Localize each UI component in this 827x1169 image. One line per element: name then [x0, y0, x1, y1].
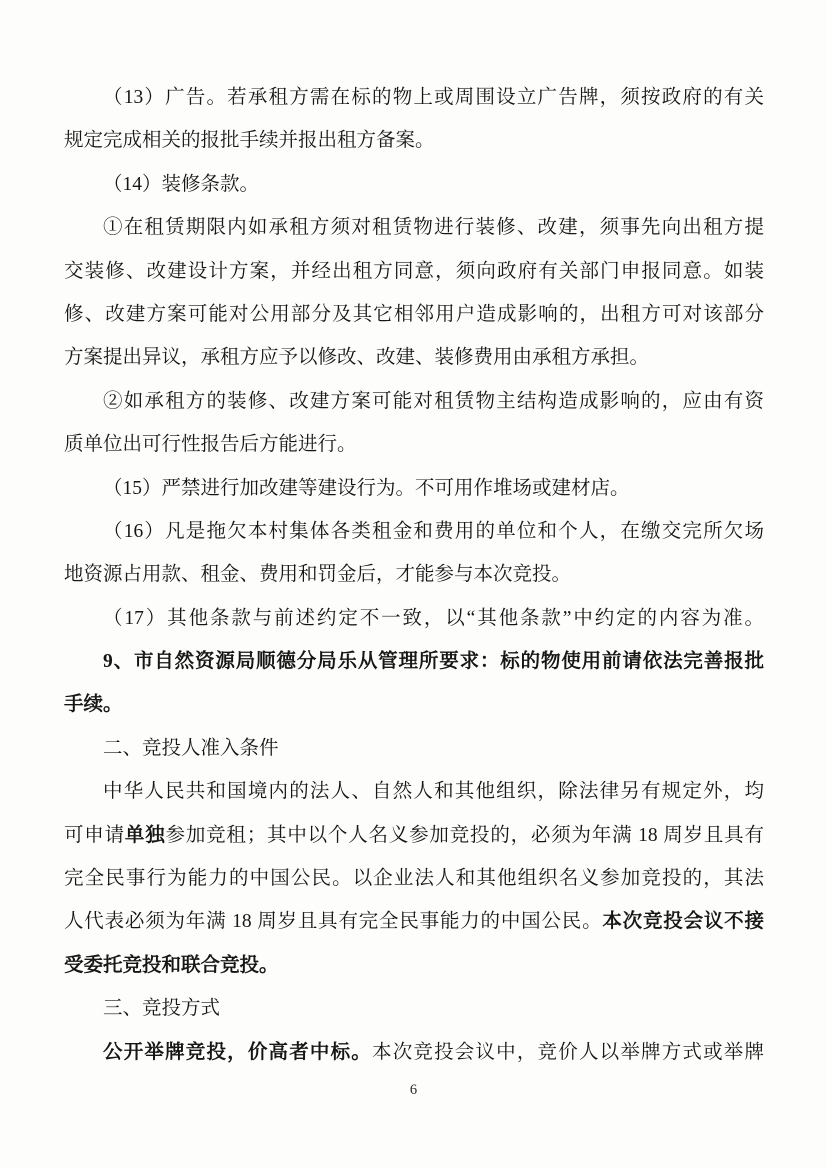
text-run: 二、竞投人准入条件	[103, 738, 279, 759]
text-line: 中华人民共和国境内的法人、自然人和其他组织，除法律另有规定外，均	[64, 770, 764, 813]
text-line: 完全民事行为能力的中国公民。以企业法人和其他组织名义参加竞投的，其法	[64, 857, 764, 900]
text-run: （13）广告。若承租方需在标的物上或周围设立广告牌，须按政府的有关	[103, 87, 764, 108]
text-run: 规定完成相关的报批手续并报出租方备案。	[64, 130, 435, 151]
bold-text-run: 9、市自然资源局顺德分局乐从管理所要求：标的物使用前请依法完善报批	[103, 651, 764, 672]
text-run: 三、竞投方式	[103, 998, 220, 1019]
text-line: 公开举牌竞投，价高者中标。本次竞投会议中，竞价人以举牌方式或举牌	[64, 1031, 764, 1074]
text-run: 本次竞投会议中，竞价人以举牌方式或举牌	[372, 1042, 764, 1063]
text-line: 受委托竞投和联合竞投。	[64, 944, 764, 987]
document-body: （13）广告。若承租方需在标的物上或周围设立广告牌，须按政府的有关规定完成相关的…	[64, 76, 764, 1074]
text-line: 地资源占用款、租金、费用和罚金后，才能参与本次竞投。	[64, 553, 764, 596]
document-page: （13）广告。若承租方需在标的物上或周围设立广告牌，须按政府的有关规定完成相关的…	[0, 0, 827, 1169]
text-run: 方案提出异议，承租方应予以修改、改建、装修费用由承租方承担。	[64, 347, 649, 368]
text-run: 修、改建方案可能对公用部分及其它相邻用户造成影响的，出租方可对该部分	[64, 304, 764, 325]
bold-text-run: 单独	[125, 825, 166, 846]
bold-text-run: 手续。	[64, 694, 123, 715]
text-line: 方案提出异议，承租方应予以修改、改建、装修费用由承租方承担。	[64, 336, 764, 379]
bold-text-run: 受委托竞投和联合竞投。	[64, 955, 279, 976]
text-line: 交装修、改建设计方案，并经出租方同意，须向政府有关部门申报同意。如装	[64, 250, 764, 293]
text-run: 参加竞租；其中以个人名义参加竞投的，必须为年满 18 周岁且具有	[166, 825, 764, 846]
bold-text-run: 公开举牌竞投，价高者中标。	[103, 1042, 372, 1063]
text-run: （16）凡是拖欠本村集体各类租金和费用的单位和个人，在缴交完所欠场	[103, 521, 764, 542]
text-line: ②如承租方的装修、改建方案可能对租赁物主结构造成影响的，应由有资	[64, 380, 764, 423]
text-line: 9、市自然资源局顺德分局乐从管理所要求：标的物使用前请依法完善报批	[64, 640, 764, 683]
text-line: 规定完成相关的报批手续并报出租方备案。	[64, 119, 764, 162]
text-run: （17）其他条款与前述约定不一致，以“其他条款”中约定的内容为准。	[103, 608, 764, 629]
text-line: ①在租赁期限内如承租方须对租赁物进行装修、改建，须事先向出租方提	[64, 206, 764, 249]
text-run: （15）严禁进行加改建等建设行为。不可用作堆场或建材店。	[103, 478, 630, 499]
text-run: 可申请	[64, 825, 125, 846]
page-number: 6	[0, 1082, 827, 1099]
text-run: 完全民事行为能力的中国公民。以企业法人和其他组织名义参加竞投的，其法	[64, 868, 764, 889]
text-line: 质单位出可行性报告后方能进行。	[64, 423, 764, 466]
text-line: 三、竞投方式	[64, 987, 764, 1030]
text-line: 人代表必须为年满 18 周岁且具有完全民事能力的中国公民。本次竞投会议不接	[64, 900, 764, 943]
text-run: 地资源占用款、租金、费用和罚金后，才能参与本次竞投。	[64, 564, 571, 585]
bold-text-run: 本次竞投会议不接	[602, 911, 764, 932]
text-line: 可申请单独参加竞租；其中以个人名义参加竞投的，必须为年满 18 周岁且具有	[64, 814, 764, 857]
text-line: 手续。	[64, 683, 764, 726]
text-line: （16）凡是拖欠本村集体各类租金和费用的单位和个人，在缴交完所欠场	[64, 510, 764, 553]
text-run: ①在租赁期限内如承租方须对租赁物进行装修、改建，须事先向出租方提	[103, 217, 764, 238]
text-run: 质单位出可行性报告后方能进行。	[64, 434, 357, 455]
text-run: 交装修、改建设计方案，并经出租方同意，须向政府有关部门申报同意。如装	[64, 261, 764, 282]
text-run: （14）装修条款。	[103, 174, 259, 195]
text-line: 二、竞投人准入条件	[64, 727, 764, 770]
text-line: （17）其他条款与前述约定不一致，以“其他条款”中约定的内容为准。	[64, 597, 764, 640]
text-line: （13）广告。若承租方需在标的物上或周围设立广告牌，须按政府的有关	[64, 76, 764, 119]
text-line: （14）装修条款。	[64, 163, 764, 206]
text-line: （15）严禁进行加改建等建设行为。不可用作堆场或建材店。	[64, 467, 764, 510]
text-run: ②如承租方的装修、改建方案可能对租赁物主结构造成影响的，应由有资	[103, 391, 764, 412]
text-line: 修、改建方案可能对公用部分及其它相邻用户造成影响的，出租方可对该部分	[64, 293, 764, 336]
text-run: 中华人民共和国境内的法人、自然人和其他组织，除法律另有规定外，均	[103, 781, 764, 802]
text-run: 人代表必须为年满 18 周岁且具有完全民事能力的中国公民。	[64, 911, 602, 932]
